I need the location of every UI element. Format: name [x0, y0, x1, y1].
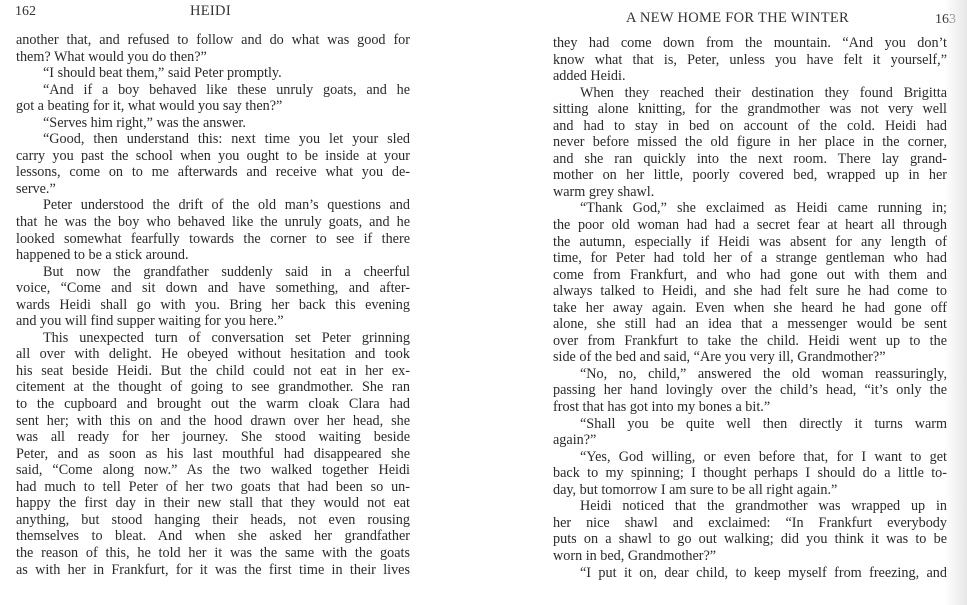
- text-line: and you will find supper waiting for you…: [16, 313, 410, 330]
- text-line: voice, “Come and sit down and have somet…: [16, 280, 410, 297]
- text-line: said, “Come along now.” As the two walke…: [16, 462, 410, 479]
- text-line: sent her; with this on and the hood draw…: [16, 413, 410, 430]
- text-line: added Heidi.: [553, 68, 947, 85]
- text-line: all over with delight. He obeyed without…: [16, 346, 410, 363]
- text-line: passing her hand lovingly over the child…: [553, 382, 947, 399]
- text-line: When they reached their destination they…: [553, 85, 947, 102]
- text-line: had much to tell Peter of her two goats …: [16, 479, 410, 496]
- page-number-left: 162: [15, 4, 36, 20]
- text-line: always talked to Heidi, and she had felt…: [553, 283, 947, 300]
- text-line: “No, no, child,” answered the old woman …: [553, 366, 947, 383]
- text-line: the poor old woman had had a secret fear…: [553, 217, 947, 234]
- text-line: to the cupboard and brought out the warm…: [16, 396, 410, 413]
- text-line: again?”: [553, 432, 947, 449]
- text-line: But now the grandfather suddenly said in…: [16, 264, 410, 281]
- text-line: Heidi noticed that the grandmother was w…: [553, 498, 947, 515]
- text-line: puts on a shawl to go out walking; did y…: [553, 531, 947, 548]
- running-head-left: HEIDI: [190, 3, 231, 20]
- text-line: back to my spinning; I thought perhaps I…: [553, 465, 947, 482]
- text-line: the autumn, especially if Heidi was abse…: [553, 234, 947, 251]
- text-line: lessons, come on to me afterwards and re…: [16, 164, 410, 181]
- text-line: that he was the boy who behaved like the…: [16, 214, 410, 231]
- text-line: never before missed the old figure in he…: [553, 134, 947, 151]
- text-line: serve.”: [16, 181, 410, 198]
- text-line: over from Frankfurt to take the child. H…: [553, 333, 947, 350]
- text-line: and she ran quickly into the next room. …: [553, 151, 947, 168]
- text-line: mother on her little, poorly covered bed…: [553, 167, 947, 184]
- page-edge-shadow: [945, 0, 967, 605]
- text-line: happy the first day in their new stall t…: [16, 495, 410, 512]
- text-line: This unexpected turn of conversation set…: [16, 330, 410, 347]
- text-line: carry you past the school when you ought…: [16, 148, 410, 165]
- text-line: time, for Peter had told her of a strang…: [553, 250, 947, 267]
- text-line: another that, and refused to follow and …: [16, 32, 410, 49]
- text-line: come from Frankfurt, and who had gone ou…: [553, 267, 947, 284]
- text-line: Peter, and as soon as his last mouthful …: [16, 446, 410, 463]
- text-line: and had to stay in bed on account of the…: [553, 118, 947, 135]
- text-line: themselves to bleat. And when she asked …: [16, 528, 410, 545]
- text-line: “I put it on, dear child, to keep myself…: [553, 565, 947, 582]
- text-line: “Yes, God willing, or even before that, …: [553, 449, 947, 466]
- left-page-body: another that, and refused to follow and …: [16, 32, 410, 578]
- left-page: 162 HEIDI another that, and refused to f…: [0, 0, 485, 605]
- text-line: “Serves him right,” was the answer.: [16, 115, 410, 132]
- right-page: A NEW HOME FOR THE WINTER 163 they had c…: [540, 0, 967, 605]
- text-line: worn in bed, Grandmother?”: [553, 548, 947, 565]
- text-line: looked somewhat fearfully towards the co…: [16, 231, 410, 248]
- text-line: sitting alone knitting, for the grandmot…: [553, 101, 947, 118]
- text-line: “Shall you be quite well then directly i…: [553, 416, 947, 433]
- text-line: citement at the thought of going to see …: [16, 379, 410, 396]
- text-line: day, but tomorrow I am sure to be all ri…: [553, 482, 947, 499]
- text-line: was all ready for her journey. She stood…: [16, 429, 410, 446]
- text-line: know what that is, Peter, unless you hav…: [553, 52, 947, 69]
- text-line: warm grey shawl.: [553, 184, 947, 201]
- text-line: happened to be a stick around.: [16, 247, 410, 264]
- text-line: frost that has got into my bones a bit.”: [553, 399, 947, 416]
- text-line: the reason of this, he told her it was t…: [16, 545, 410, 562]
- running-head-right: A NEW HOME FOR THE WINTER: [626, 10, 849, 27]
- text-line: them? What would you do then?”: [16, 49, 410, 66]
- text-line: “And if a boy behaved like these unruly …: [16, 82, 410, 99]
- text-line: they had come down from the mountain. “A…: [553, 35, 947, 52]
- text-line: as with her in Frankfurt, for it was the…: [16, 562, 410, 579]
- text-line: “Thank God,” she exclaimed as Heidi came…: [553, 200, 947, 217]
- text-line: his seat beside Heidi. But the child cou…: [16, 363, 410, 380]
- text-line: take her away again. Even when she heard…: [553, 300, 947, 317]
- text-line: anything, but stood hanging their heads,…: [16, 512, 410, 529]
- text-line: “Good, then understand this: next time y…: [16, 131, 410, 148]
- right-page-body: they had come down from the mountain. “A…: [553, 35, 947, 581]
- text-line: wards Heidi shall go with you. Bring her…: [16, 297, 410, 314]
- text-line: Peter understood the drift of the old ma…: [16, 197, 410, 214]
- text-line: alone, she still had an idea that a mess…: [553, 316, 947, 333]
- text-line: got a beating for it, what would you say…: [16, 98, 410, 115]
- text-line: “I should beat them,” said Peter promptl…: [16, 65, 410, 82]
- text-line: her nice shawl and exclaimed: “In Frankf…: [553, 515, 947, 532]
- text-line: side of the bed and said, “Are you very …: [553, 349, 947, 366]
